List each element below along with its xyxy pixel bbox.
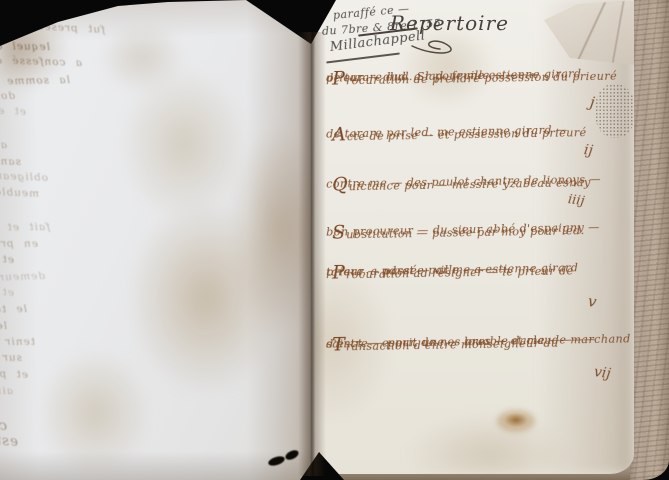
right-page-paper: paraffé ce — du 7bre & 8re 1755 Millacha… <box>312 0 634 474</box>
folio-numeral: vij <box>593 364 612 382</box>
folio-numeral: iiij <box>567 192 585 209</box>
stain-blob <box>504 413 528 427</box>
page-title: Repertoire <box>390 11 509 35</box>
left-page-fold-shading <box>0 0 316 480</box>
manuscript-photo: pardevant moy notaire royal soubsignéfut… <box>0 0 669 480</box>
title-flourish-curl <box>408 38 470 58</box>
speckle-stain <box>595 84 634 138</box>
fore-edge-page-stack <box>630 0 669 480</box>
entry-line: prieur, a ndret — ville ———— <box>326 261 510 280</box>
gutter-shadow <box>298 32 326 476</box>
right-page: paraffé ce — du 7bre & 8re 1755 Millacha… <box>312 0 669 480</box>
showthrough-line: pardevant moy notaire royal soubsigné <box>0 6 46 20</box>
left-page: pardevant moy notaire royal soubsignéfut… <box>0 0 316 480</box>
